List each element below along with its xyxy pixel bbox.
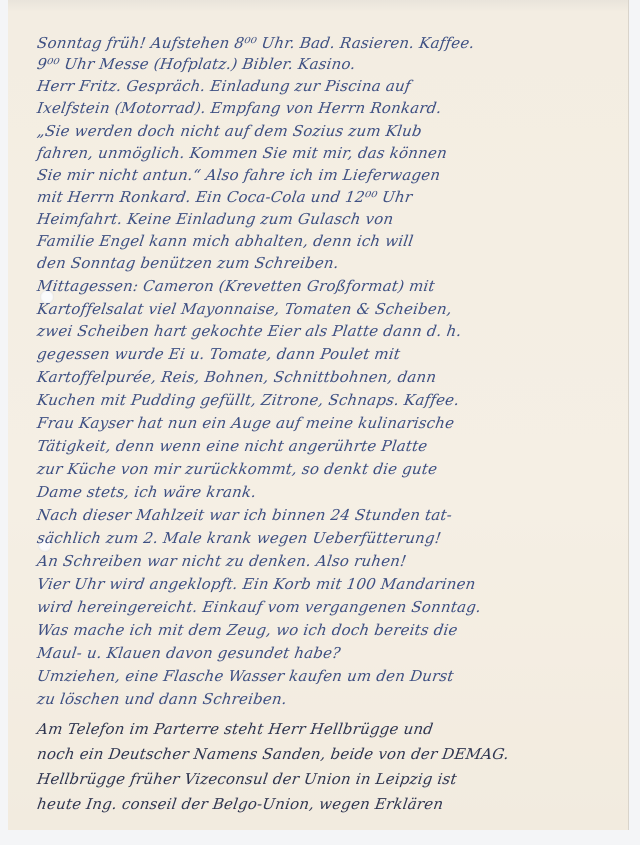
- text-line: „Sie werden doch nicht auf dem Sozius zu…: [36, 122, 423, 140]
- text-line: den Sonntag benützen zum Schreiben.: [36, 254, 340, 272]
- text-line: Was mache ich mit dem Zeug, wo ich doch …: [36, 621, 459, 639]
- text-line: Tätigkeit, denn wenn eine nicht angerühr…: [36, 437, 429, 455]
- text-line: Mittagessen: Cameron (Krevetten Großform…: [36, 277, 436, 295]
- text-line: mit Herrn Ronkard. Ein Coca-Cola und 12⁰…: [36, 188, 414, 206]
- text-line: zu löschen und dann Schreiben.: [36, 690, 288, 708]
- text-line: Ixelfstein (Motorrad). Empfang von Herrn…: [36, 99, 443, 117]
- text-line: Kartoffelsalat viel Mayonnaise, Tomaten …: [36, 300, 453, 318]
- text-line: Nach dieser Mahlzeit war ich binnen 24 S…: [36, 506, 453, 524]
- text-line: wird hereingereicht. Einkauf vom vergang…: [36, 598, 482, 616]
- text-line: Sonntag früh! Aufstehen 8⁰⁰ Uhr. Bad. Ra…: [36, 34, 476, 52]
- text-line: Familie Engel kann mich abhalten, denn i…: [36, 232, 415, 250]
- text-line: Hellbrügge früher Vizeconsul der Union i…: [36, 770, 458, 788]
- text-line: Herr Fritz. Gespräch. Einladung zur Pisc…: [36, 77, 412, 95]
- text-line: Kartoffelpurée, Reis, Bohnen, Schnittboh…: [36, 368, 438, 386]
- text-line: 9⁰⁰ Uhr Messe (Hofplatz.) Bibler. Kasino…: [36, 55, 357, 73]
- text-line: Heimfahrt. Keine Einladung zum Gulasch v…: [36, 210, 395, 228]
- text-line: fahren, unmöglich. Kommen Sie mit mir, d…: [36, 144, 448, 162]
- text-line: Maul- u. Klauen davon gesundet habe?: [36, 644, 342, 662]
- text-line: An Schreiben war nicht zu denken. Also r…: [36, 552, 408, 570]
- text-line: sächlich zum 2. Male krank wegen Ueberfü…: [36, 529, 442, 547]
- text-line: Frau Kayser hat nun ein Auge auf meine k…: [36, 414, 455, 432]
- text-line: heute Ing. conseil der Belgo-Union, wege…: [36, 795, 445, 813]
- text-line: gegessen wurde Ei u. Tomate, dann Poulet…: [36, 345, 401, 363]
- letter-page: Sonntag früh! Aufstehen 8⁰⁰ Uhr. Bad. Ra…: [8, 0, 628, 830]
- text-line: Dame stets, ich wäre krank.: [36, 483, 258, 501]
- text-line: Umziehen, eine Flasche Wasser kaufen um …: [36, 667, 455, 685]
- text-line: noch ein Deutscher Namens Sanden, beide …: [36, 745, 510, 763]
- text-line: Sie mir nicht antun.“ Also fahre ich im …: [36, 166, 442, 184]
- text-line: Vier Uhr wird angeklopft. Ein Korb mit 1…: [36, 575, 477, 593]
- text-line: Kuchen mit Pudding gefüllt, Zitrone, Sch…: [36, 391, 461, 409]
- text-line: zwei Scheiben hart gekochte Eier als Pla…: [36, 322, 463, 340]
- text-line: Am Telefon im Parterre steht Herr Hellbr…: [36, 720, 434, 738]
- text-line: zur Küche von mir zurückkommt, so denkt …: [36, 460, 439, 478]
